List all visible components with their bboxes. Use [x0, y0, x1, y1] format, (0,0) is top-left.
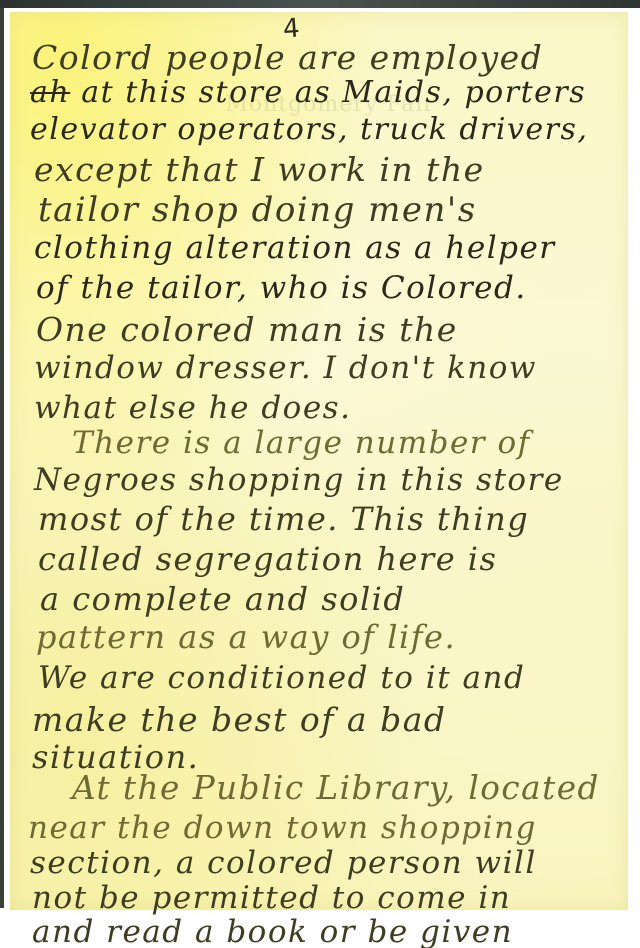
- line-text: called segregation here is: [38, 540, 497, 578]
- text-line: of the tailor, who is Colored.: [36, 270, 527, 306]
- line-text: pattern as a way of life.: [36, 618, 456, 656]
- text-line: ah at this store as Maids, porters: [30, 75, 586, 110]
- text-line: One colored man is the: [36, 310, 458, 349]
- handwritten-text: Colord people are employed ah at this st…: [0, 0, 640, 948]
- text-line: pattern as a way of life.: [36, 618, 456, 656]
- text-line: We are conditioned to it and: [38, 660, 525, 696]
- line-text: most of the time. This thing: [38, 500, 529, 538]
- line-text: There is a large number of: [72, 425, 531, 461]
- text-line: most of the time. This thing: [38, 500, 529, 538]
- line-text: make the best of a bad: [32, 700, 447, 739]
- line-text: One colored man is the: [36, 310, 458, 349]
- line-text: what else he does.: [34, 390, 351, 426]
- text-line: clothing alteration as a helper: [34, 230, 556, 266]
- line-text: a complete and solid: [40, 580, 405, 618]
- line-text: of the tailor, who is Colored.: [36, 270, 527, 306]
- line-text: at this store as Maids, porters: [70, 75, 586, 110]
- text-line: tailor shop doing men's: [38, 190, 477, 230]
- text-line: section, a colored person will: [30, 845, 537, 881]
- text-line: what else he does.: [34, 390, 351, 426]
- line-text: and read a book or be given: [32, 914, 513, 948]
- text-line: Negroes shopping in this store: [34, 462, 564, 498]
- text-line: elevator operators, truck drivers,: [30, 112, 588, 147]
- line-text: We are conditioned to it and: [38, 660, 525, 696]
- line-text: section, a colored person will: [30, 845, 537, 881]
- text-line: called segregation here is: [38, 540, 497, 578]
- line-text: except that I work in the: [34, 150, 485, 189]
- text-line: a complete and solid: [40, 580, 405, 618]
- text-line: window dresser. I don't know: [34, 350, 537, 386]
- line-text: Colord people are employed: [32, 38, 543, 77]
- text-line: not be permitted to come in: [32, 880, 511, 916]
- line-text: elevator operators, truck drivers,: [30, 112, 588, 147]
- line-text: Negroes shopping in this store: [34, 462, 564, 498]
- text-line: Colord people are employed: [32, 38, 543, 77]
- line-text: tailor shop doing men's: [38, 190, 477, 230]
- text-line: near the down town shopping: [28, 810, 537, 846]
- struck-text: ah: [30, 75, 70, 110]
- line-text: clothing alteration as a helper: [34, 230, 556, 266]
- text-line: At the Public Library, located: [72, 768, 600, 807]
- text-line: and read a book or be given: [32, 914, 513, 948]
- line-text: not be permitted to come in: [32, 880, 511, 916]
- text-line: make the best of a bad: [32, 700, 447, 739]
- text-line: except that I work in the: [34, 150, 485, 189]
- text-line: There is a large number of: [72, 425, 531, 461]
- line-text: window dresser. I don't know: [34, 350, 537, 386]
- line-text: At the Public Library, located: [72, 768, 600, 807]
- line-text: near the down town shopping: [28, 810, 537, 846]
